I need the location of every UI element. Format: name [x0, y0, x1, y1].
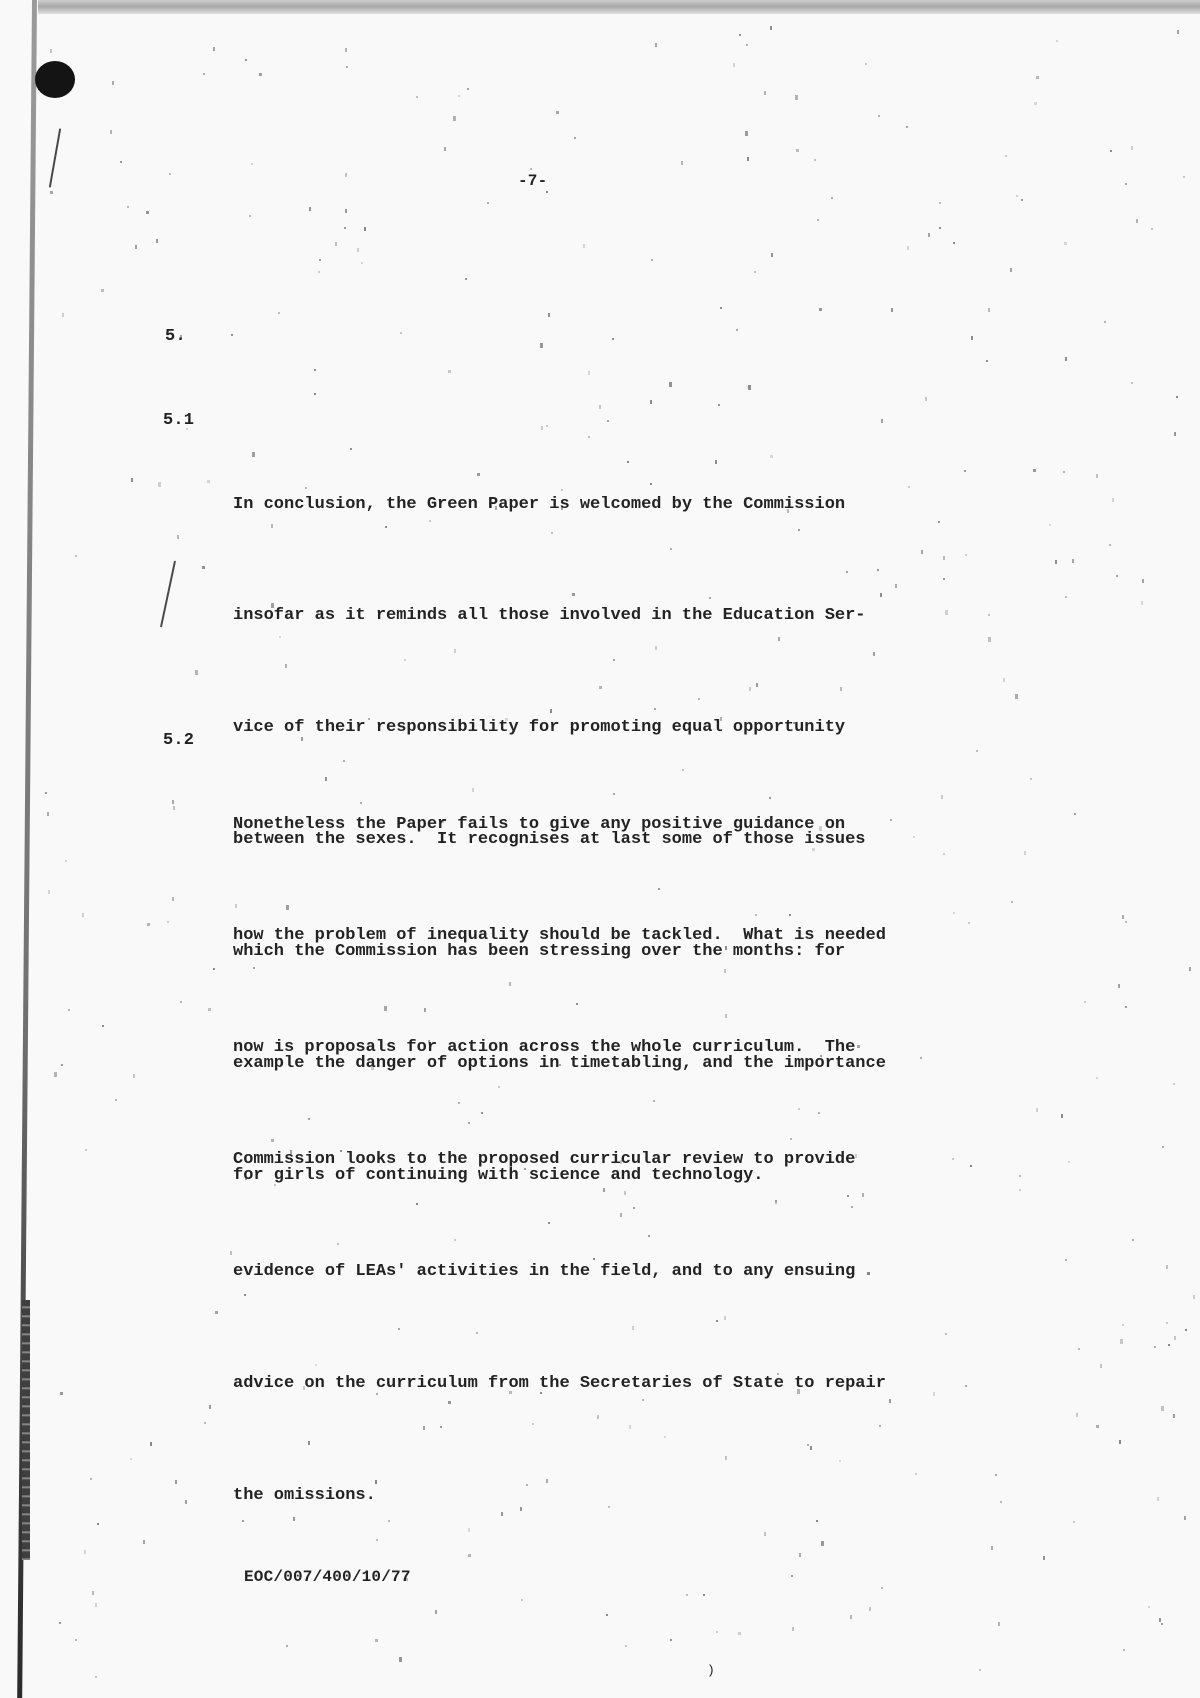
paragraph-line: now is proposals for action across the w… — [233, 1029, 886, 1066]
section-number: 5. — [165, 327, 186, 346]
paragraph-line: In conclusion, the Green Paper is welcom… — [233, 486, 886, 523]
pen-stroke-icon — [49, 128, 61, 187]
paragraph-line: evidence of LEAs' activities in the fiel… — [233, 1253, 886, 1290]
reference-code: EOC/007/400/10/77 — [244, 1568, 411, 1586]
paragraph-line: the omissions. — [233, 1477, 886, 1514]
bottom-mark: ) — [707, 1663, 715, 1678]
paragraph-number: 5.2 — [163, 731, 194, 750]
punch-hole-icon — [35, 61, 75, 98]
paragraph-line: Commission looks to the proposed curricu… — [233, 1141, 886, 1178]
paragraph-line: insofar as it reminds all those involved… — [233, 597, 886, 634]
scanned-document-page: -7- 5. 5.1 In conclusion, the Green Pape… — [0, 0, 1200, 1698]
pen-stroke-icon — [160, 561, 176, 628]
page-top-edge — [38, 0, 1200, 14]
paragraph-number: 5.1 — [163, 411, 194, 430]
paragraph-5-2: Nonetheless the Paper fails to give any … — [233, 731, 886, 1589]
paragraph-line: advice on the curriculum from the Secret… — [233, 1365, 886, 1402]
page-number: -7- — [518, 172, 547, 190]
paragraph-line: Nonetheless the Paper fails to give any … — [233, 806, 886, 843]
binding-edge-shadow — [22, 1300, 30, 1560]
paragraph-line: how the problem of inequality should be … — [233, 917, 886, 954]
